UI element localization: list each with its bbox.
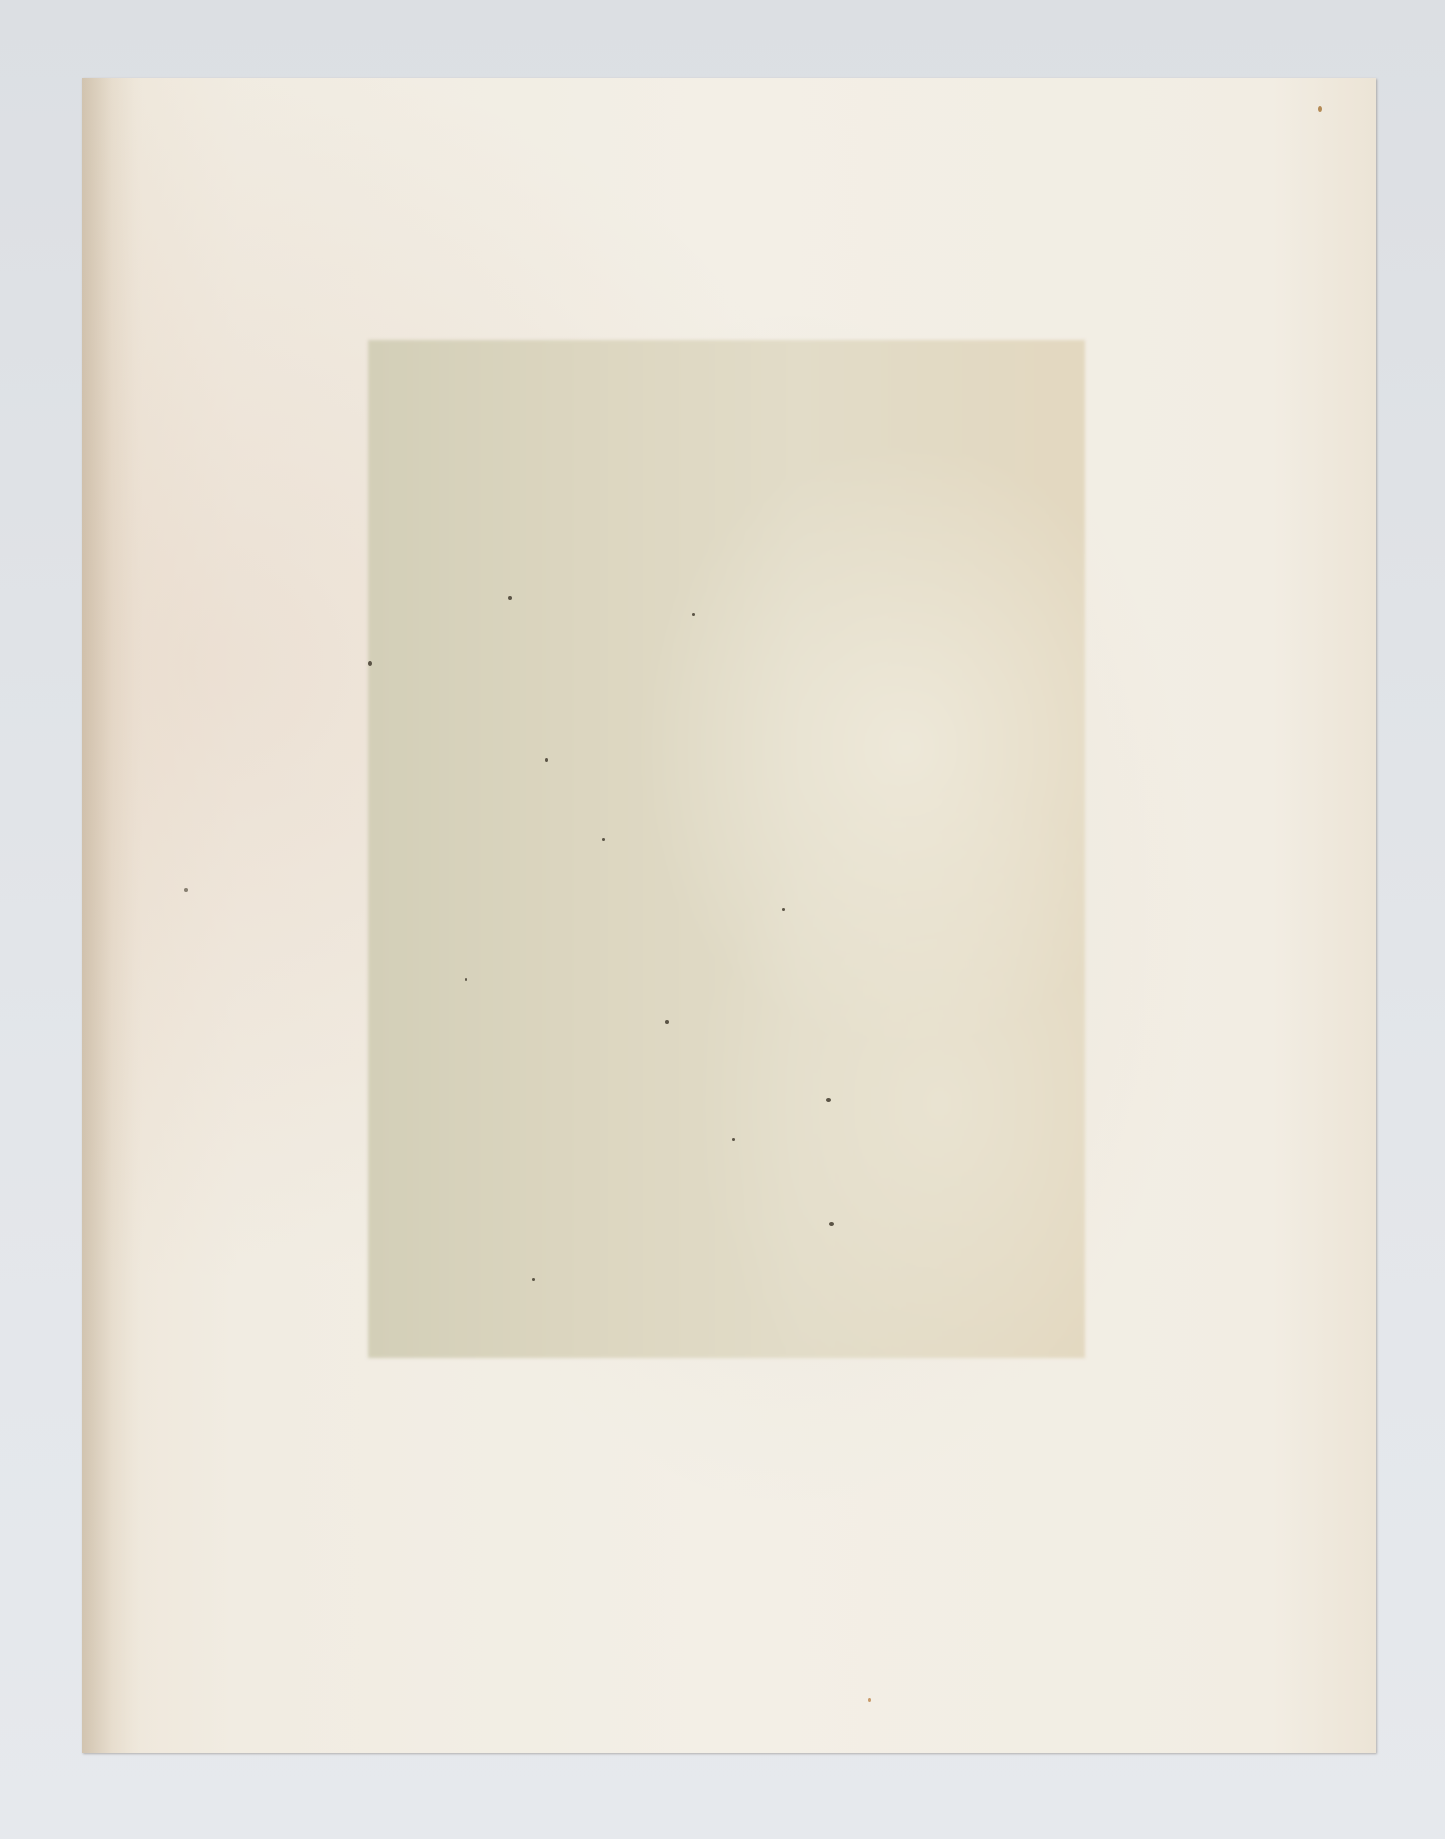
speckle [829,1222,834,1226]
speckle [602,838,605,841]
speckle [732,1138,735,1141]
speckle [545,758,548,762]
speckle [184,888,188,892]
small-brown-spot [1318,106,1322,112]
speckle [532,1278,535,1281]
speckle [826,1098,831,1102]
paper-sheet [82,78,1376,1753]
speckle [692,613,695,616]
rectangular-offset-stain [368,340,1085,1358]
paper-left-edge-foxing [82,78,142,1753]
speckle [465,978,467,981]
speckle [782,908,785,911]
speckle [665,1020,669,1024]
small-brown-spot [868,1698,871,1702]
speckle [508,596,512,600]
speckle [368,661,372,666]
